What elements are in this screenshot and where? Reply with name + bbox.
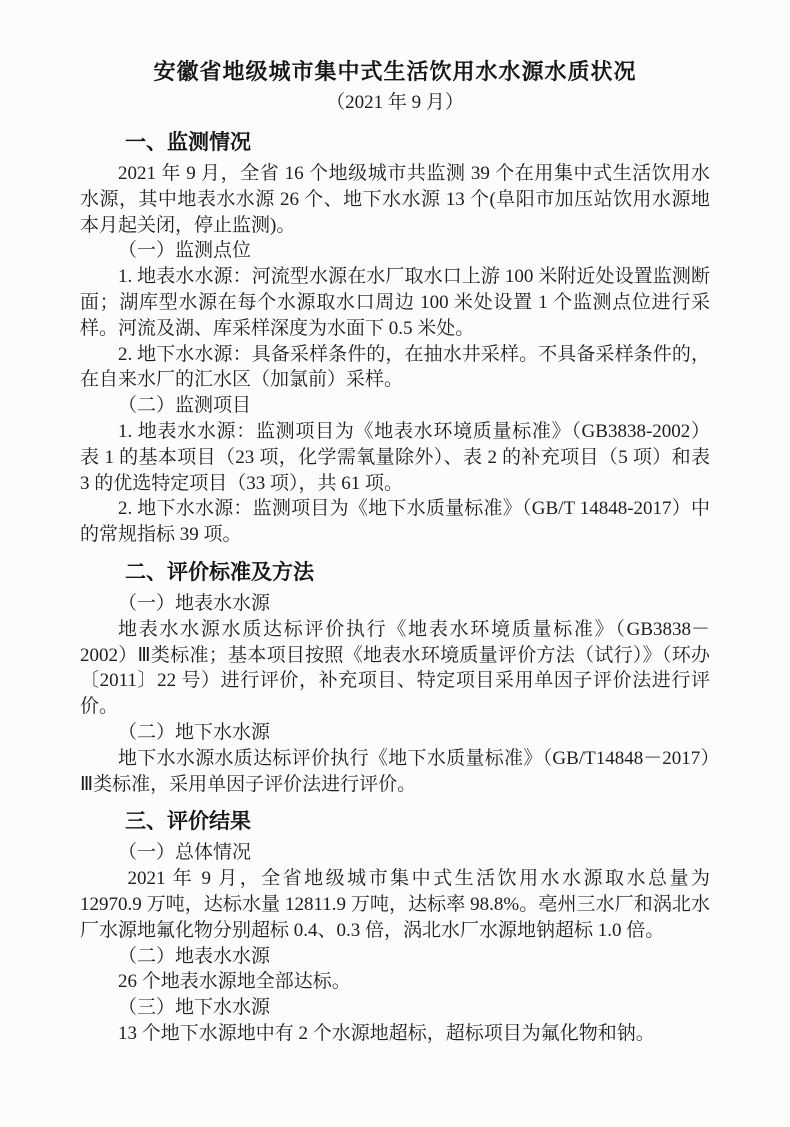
section-heading-evaluation-results: 三、评价结果 (80, 808, 710, 836)
subsection-heading-monitoring-items: （二）监测项目 (80, 393, 710, 419)
scanned-document-page: 安徽省地级城市集中式生活饮用水水源水质状况 （2021 年 9 月） 一、监测情… (0, 0, 790, 1127)
subsection-heading-ground-water: （二）地下水水源 (80, 720, 710, 746)
document-subtitle: （2021 年 9 月） (80, 88, 710, 118)
section-heading-monitoring: 一、监测情况 (80, 129, 710, 157)
body-paragraph: 2021 年 9 月，全省地级城市集中式生活饮用水水源取水总量为 12970.9… (80, 866, 710, 943)
subsection-heading-surface-water: （一）地表水水源 (80, 591, 710, 617)
subsection-heading-ground-water-result: （三）地下水水源 (80, 995, 710, 1021)
body-paragraph: 26 个地表水源地全部达标。 (80, 969, 710, 995)
body-paragraph: 2. 地下水水源：监测项目为《地下水质量标准》（GB/T 14848-2017）… (80, 496, 710, 548)
subsection-heading-surface-water-result: （二）地表水水源 (80, 944, 710, 970)
document-title: 安徽省地级城市集中式生活饮用水水源水质状况 (80, 56, 710, 88)
body-paragraph: 1. 地表水水源：河流型水源在水厂取水口上游 100 米附近处设置监测断面；湖库… (80, 264, 710, 341)
body-paragraph: 地表水水源水质达标评价执行《地表水环境质量标准》（GB3838－2002）Ⅲ类标… (80, 617, 710, 720)
section-heading-evaluation-standards: 二、评价标准及方法 (80, 559, 710, 587)
body-paragraph: 2021 年 9 月，全省 16 个地级城市共监测 39 个在用集中式生活饮用水… (80, 161, 710, 238)
body-paragraph: 2. 地下水水源：具备采样条件的，在抽水井采样。不具备采样条件的，在自来水厂的汇… (80, 342, 710, 394)
body-paragraph: 1. 地表水水源：监测项目为《地表水环境质量标准》（GB3838-2002）表 … (80, 419, 710, 496)
body-paragraph: 13 个地下水源地中有 2 个水源地超标，超标项目为氟化物和钠。 (80, 1021, 710, 1047)
body-paragraph: 地下水水源水质达标评价执行《地下水质量标准》（GB/T14848－2017）Ⅲ类… (80, 746, 710, 798)
subsection-heading-monitoring-points: （一）监测点位 (80, 238, 710, 264)
subsection-heading-overall-situation: （一）总体情况 (80, 840, 710, 866)
